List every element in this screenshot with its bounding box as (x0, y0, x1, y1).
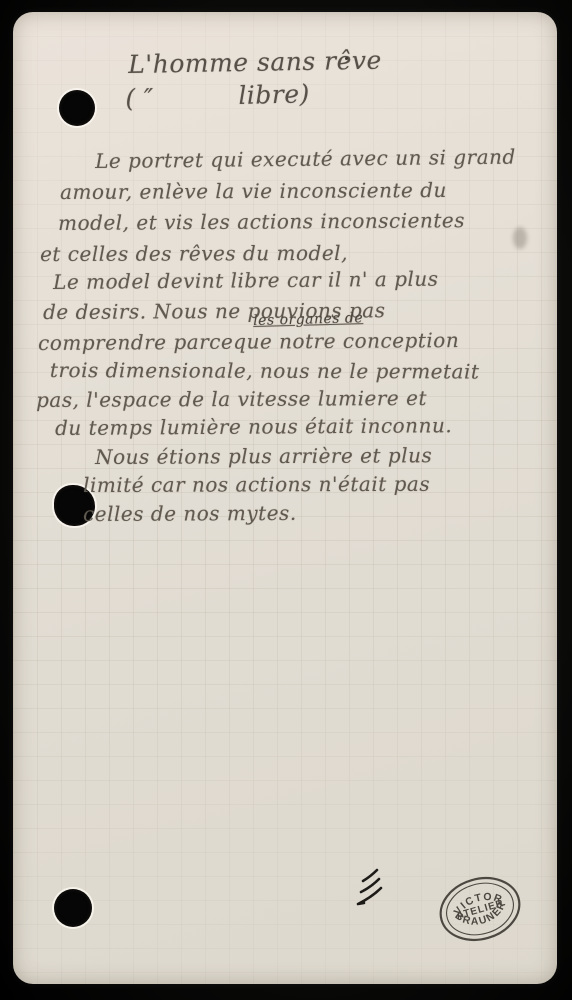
manuscript-line: Le model devint libre car il n' a plus (53, 267, 439, 294)
manuscript-line: amour, enlève la vie inconsciente du (60, 178, 447, 204)
manuscript-line: pas, l'espace de la vitesse lumiere et (36, 386, 427, 412)
ink-speck (345, 57, 348, 60)
manuscript-title: L'homme sans rêve (128, 46, 382, 79)
manuscript-line: comprendre parceque notre conception (38, 328, 459, 355)
pencil-smudge (513, 227, 527, 249)
manuscript-line: celles de nos mytes. (83, 501, 297, 526)
manuscript-line: et celles des rêves du model, (40, 241, 348, 266)
scan-background: L'homme sans rêve ( ″ libre) Le portret … (0, 0, 572, 1000)
punch-hole-bottom (54, 889, 92, 927)
atelier-stamp: VICTOR BRAUNER ATELIER (425, 865, 535, 965)
notebook-page: L'homme sans rêve ( ″ libre) Le portret … (13, 12, 557, 984)
manuscript-line: Le portret qui executé avec un si grand (95, 145, 516, 173)
ink-squiggle-mark (351, 864, 385, 916)
manuscript-title-variant: ( ″ libre) (125, 79, 310, 113)
punch-hole-top (59, 90, 95, 126)
manuscript-line: model, et vis les actions inconscientes (58, 208, 465, 235)
manuscript-line: trois dimensionale, nous ne le permetait (50, 358, 480, 383)
manuscript-line: du temps lumière nous était inconnu. (55, 413, 452, 440)
manuscript-insertion: les organes de (253, 310, 363, 329)
manuscript-line: limité car nos actions n'était pas (83, 472, 430, 497)
manuscript-line: Nous étions plus arrière et plus (95, 443, 432, 469)
